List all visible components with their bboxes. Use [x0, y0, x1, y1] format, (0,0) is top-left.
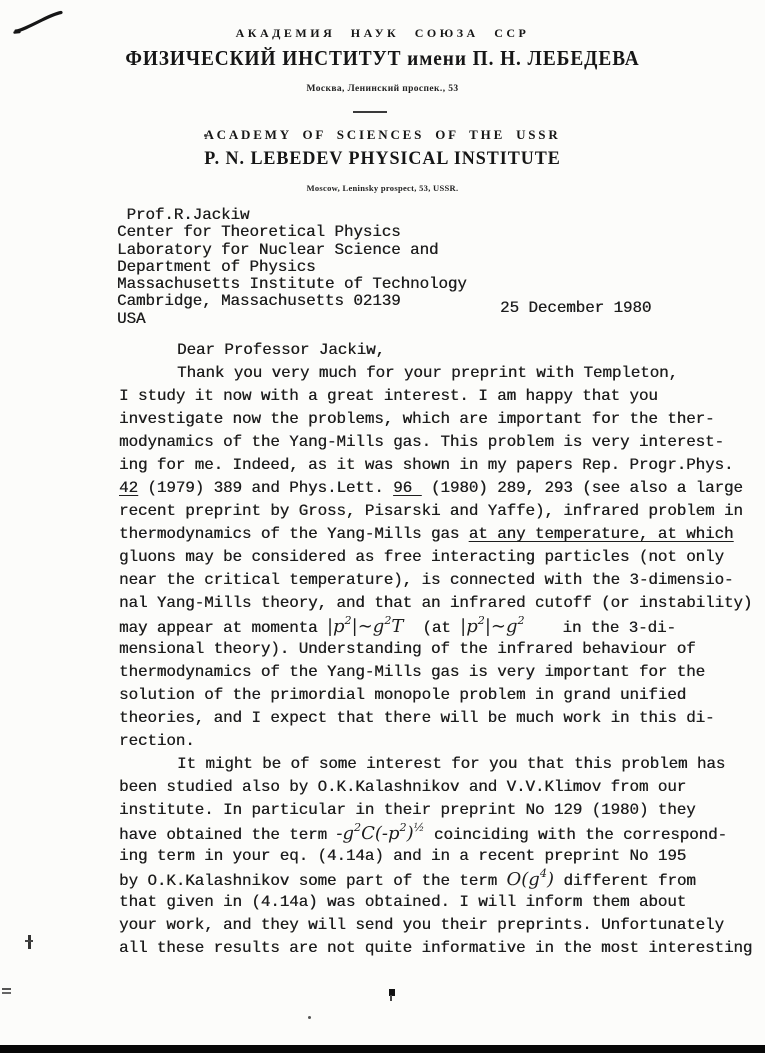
pen-mark [0, 0, 130, 50]
letter-body: Dear Professor Jackiw,Thank you very muc… [119, 339, 752, 960]
letterhead-address-en: Moscow, Leninsky prospect, 53, USSR. [0, 183, 765, 193]
scan-artifact [204, 134, 207, 137]
recipient-line: Cambridge, Massachusetts 02139 [117, 293, 467, 310]
scan-artifact [28, 935, 31, 949]
body-line: your work, and they will send you their … [119, 914, 752, 937]
recipient-line: Center for Theoretical Physics [117, 224, 467, 241]
scan-artifact [2, 992, 11, 994]
recipient-line: Department of Physics [117, 259, 467, 276]
recipient-line: Laboratory for Nuclear Science and [117, 242, 467, 259]
body-line: been studied also by O.K.Kalashnikov and… [119, 776, 752, 799]
letterhead-institute-ru: ФИЗИЧЕСКИЙ ИНСТИТУТ имени П. Н. ЛЕБЕДЕВА [31, 46, 735, 71]
body-line: ing for me. Indeed, as it was shown in m… [119, 454, 752, 477]
letterhead-institute-en: P. N. LEBEDEV PHYSICAL INSTITUTE [19, 148, 746, 170]
recipient-line: Prof.R.Jackiw [117, 207, 467, 224]
body-line: investigate now the problems, which are … [119, 408, 752, 431]
letterhead-academy-ru: АКАДЕМИЯ НАУК СОЮЗА ССР [0, 26, 765, 41]
body-line: solution of the primordial monopole prob… [119, 684, 752, 707]
body-line: rection. [119, 730, 752, 753]
body-line: by O.K.Kalashnikov some part of the term… [119, 868, 752, 891]
scan-artifact [308, 1016, 311, 1019]
body-line: It might be of some interest for you tha… [119, 753, 752, 776]
body-line: have obtained the term -g2C(-p2)½ coinci… [119, 822, 752, 845]
body-line: Thank you very much for your preprint wi… [119, 362, 752, 385]
body-line: all these results are not quite informat… [119, 937, 752, 960]
body-line: gluons may be considered as free interac… [119, 546, 752, 569]
body-line: 42 (1979) 389 and Phys.Lett. 96 (1980) 2… [119, 477, 752, 500]
body-line: may appear at momenta |p2|∼g2T (at |p2|∼… [119, 615, 752, 638]
letterhead-divider [353, 111, 387, 113]
body-line: nal Yang-Mills theory, and that an infra… [119, 592, 752, 615]
body-line: that given in (4.14a) was obtained. I wi… [119, 891, 752, 914]
recipient-line: Massachusetts Institute of Technology [117, 276, 467, 293]
recipient-line: USA [117, 311, 467, 328]
body-line: modynamics of the Yang-Mills gas. This p… [119, 431, 752, 454]
body-line: recent preprint by Gross, Pisarski and Y… [119, 500, 752, 523]
body-line: mensional theory). Understanding of the … [119, 638, 752, 661]
body-line: ing term in your eq. (4.14a) and in a re… [119, 845, 752, 868]
body-line: thermodynamics of the Yang-Mills gas is … [119, 661, 752, 684]
scan-artifact [25, 940, 33, 942]
body-line: institute. In particular in their prepri… [119, 799, 752, 822]
body-line: I study it now with a great interest. I … [119, 385, 752, 408]
body-line: Dear Professor Jackiw, [119, 339, 752, 362]
letterhead-academy-en: ACADEMY OF SCIENCES OF THE USSR [0, 127, 765, 143]
scan-artifact [2, 988, 11, 990]
body-line: theories, and I expect that there will b… [119, 707, 752, 730]
scan-bottom-bar [0, 1045, 765, 1053]
body-line: thermodynamics of the Yang-Mills gas at … [119, 523, 752, 546]
letter-page: АКАДЕМИЯ НАУК СОЮЗА ССР ФИЗИЧЕСКИЙ ИНСТИ… [0, 0, 765, 1053]
body-line: near the critical temperature), is conne… [119, 569, 752, 592]
letter-date: 25 December 1980 [500, 299, 651, 317]
letterhead-address-ru: Москва, Ленинский проспек., 53 [0, 84, 765, 94]
scan-artifact [390, 995, 392, 1001]
recipient-block: Prof.R.JackiwCenter for Theoretical Phys… [117, 207, 467, 328]
